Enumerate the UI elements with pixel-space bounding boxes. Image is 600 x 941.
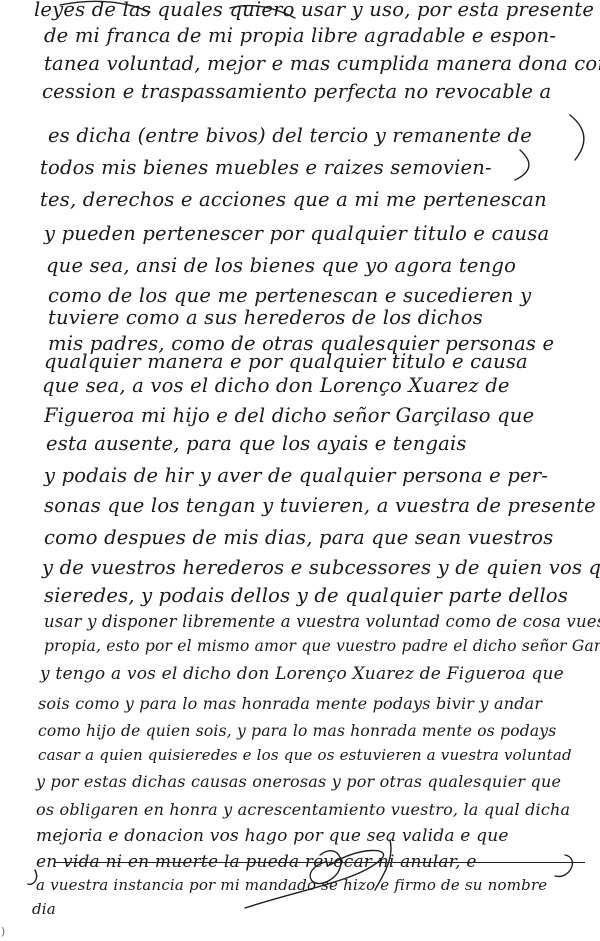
manuscript-line-29: os obligaren en honra y acrescentamiento… (36, 800, 570, 819)
manuscript-line-5: es dicha (entre bivos) del tercio y rema… (48, 124, 532, 147)
manuscript-line-30: mejoria e donacion vos hago por que sea … (36, 826, 509, 846)
manuscript-line-7: tes, derechos e acciones que a mi me per… (40, 188, 547, 211)
manuscript-line-19: como despues de mis dias, para que sean … (44, 526, 553, 549)
manuscript-line-4: cession e traspassamiento perfecta no re… (42, 80, 551, 103)
manuscript-line-13: qualquier manera e por qualquier titulo … (44, 350, 528, 373)
manuscript-line-25: sois como y para lo mas honrada mente po… (38, 694, 542, 713)
manuscript-footer-line-2: a vuestra instancia por mi mandado se hi… (36, 876, 547, 894)
manuscript-line-24: y tengo a vos el dicho don Lorenço Xuare… (40, 664, 564, 684)
manuscript-line-2: de mi franca de mi propia libre agradabl… (44, 24, 556, 47)
manuscript-line-28: y por estas dichas causas onerosas y por… (36, 772, 561, 791)
manuscript-line-6: todos mis bienes muebles e raizes semovi… (40, 156, 492, 179)
manuscript-line-1: leyes de las quales quiero usar y uso, p… (34, 0, 594, 21)
manuscript-line-23: propia, esto por el mismo amor que vuest… (44, 637, 600, 655)
manuscript-line-18: sonas que los tengan y tuvieren, a vuest… (44, 494, 596, 517)
manuscript-line-21: sieredes, y podais dellos y de qualquier… (44, 584, 568, 607)
manuscript-line-8: y pueden pertenescer por qualquier titul… (44, 222, 549, 245)
closing-rule (55, 862, 585, 863)
manuscript-line-15: Figueroa mi hijo e del dicho señor Garçi… (44, 404, 534, 427)
manuscript-line-9: que sea, ansi de los bienes que yo agora… (46, 254, 516, 277)
manuscript-line-14: que sea, a vos el dicho don Lorenço Xuar… (42, 374, 510, 397)
manuscript-line-26: como hijo de quien sois, y para lo mas h… (38, 722, 556, 740)
manuscript-line-10: como de los que me pertenescan e sucedie… (48, 284, 531, 307)
manuscript-line-17: y podais de hir y aver de qualquier pers… (44, 464, 548, 487)
manuscript-footer-line-3: dia (32, 900, 56, 918)
manuscript-line-20: y de vuestros herederos e subcessores y … (42, 556, 600, 579)
manuscript-line-11: tuviere como a sus herederos de los dich… (48, 306, 483, 329)
manuscript-line-22: usar y disponer libremente a vuestra vol… (44, 612, 600, 631)
manuscript-line-16: esta ausente, para que los ayais e tenga… (46, 432, 467, 455)
manuscript-line-27: casar a quien quisieredes e los que os e… (38, 746, 572, 764)
manuscript-line-3: tanea voluntad, mejor e mas cumplida man… (44, 52, 600, 75)
manuscript-page: leyes de las quales quiero usar y uso, p… (0, 0, 600, 941)
edge-mark: ) (1, 925, 5, 938)
